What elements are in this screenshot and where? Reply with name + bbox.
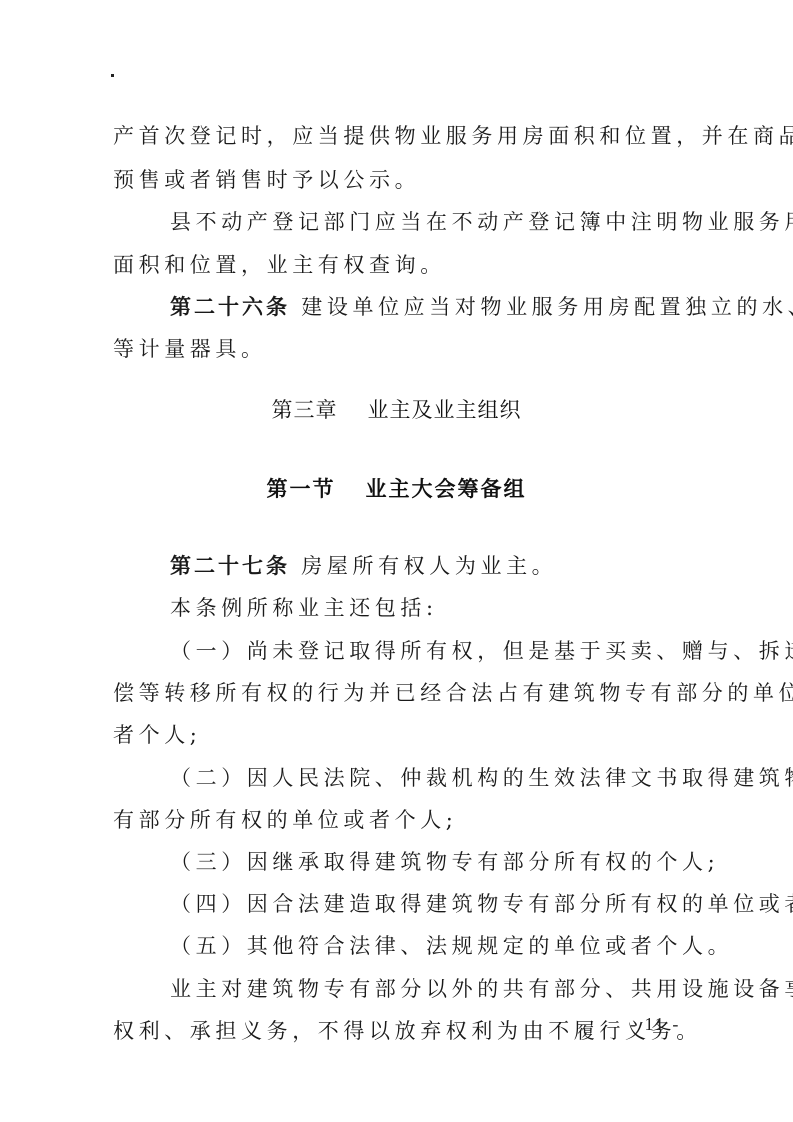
paragraph-line: 者个人; xyxy=(113,721,713,749)
paragraph-line: 产首次登记时，应当提供物业服务用房面积和位置，并在商品房 xyxy=(113,122,713,150)
section-heading: 第一节业主大会筹备组 xyxy=(0,475,793,503)
section-number: 第一节 xyxy=(267,475,336,503)
article-27-line: 第二十七条 房屋所有权人为业主。 xyxy=(113,552,770,580)
article-number: 第二十七条 xyxy=(170,554,290,578)
page-number: - 11 - xyxy=(630,1014,680,1035)
paragraph-line: 县不动产登记部门应当在不动产登记簿中注明物业服务用房 xyxy=(113,208,770,236)
top-mark xyxy=(111,74,114,77)
list-item-5: （五）其他符合法律、法规规定的单位或者个人。 xyxy=(113,932,770,960)
list-item-1: （一）尚未登记取得所有权，但是基于买卖、赠与、拆迁补 xyxy=(113,637,770,665)
document-page: 产首次登记时，应当提供物业服务用房面积和位置，并在商品房 预售或者销售时予以公示… xyxy=(0,0,793,1122)
article-number: 第二十六条 xyxy=(170,295,290,319)
list-item-4: （四）因合法建造取得建筑物专有部分所有权的单位或者个人; xyxy=(113,890,770,918)
chapter-title: 业主及业主组织 xyxy=(368,396,522,424)
article-26-line: 第二十六条 建设单位应当对物业服务用房配置独立的水、电 xyxy=(113,293,770,321)
paragraph-line: 偿等转移所有权的行为并已经合法占有建筑物专有部分的单位或 xyxy=(113,679,713,707)
chapter-number: 第三章 xyxy=(272,396,338,424)
paragraph-line: 本条例所称业主还包括: xyxy=(113,594,770,622)
paragraph-line: 等计量器具。 xyxy=(113,335,713,363)
section-title: 业主大会筹备组 xyxy=(366,475,527,503)
paragraph-line: 有部分所有权的单位或者个人; xyxy=(113,806,713,834)
paragraph-line: 面积和位置，业主有权查询。 xyxy=(113,251,713,279)
paragraph-line: 业主对建筑物专有部分以外的共有部分、共用设施设备享有 xyxy=(113,975,770,1003)
list-item-2: （二）因人民法院、仲裁机构的生效法律文书取得建筑物专 xyxy=(113,764,770,792)
chapter-heading: 第三章业主及业主组织 xyxy=(0,396,793,424)
list-item-3: （三）因继承取得建筑物专有部分所有权的个人; xyxy=(113,848,770,876)
paragraph-line: 预售或者销售时予以公示。 xyxy=(113,166,713,194)
paragraph-line: 权利、承担义务，不得以放弃权利为由不履行义务。 xyxy=(113,1017,713,1045)
